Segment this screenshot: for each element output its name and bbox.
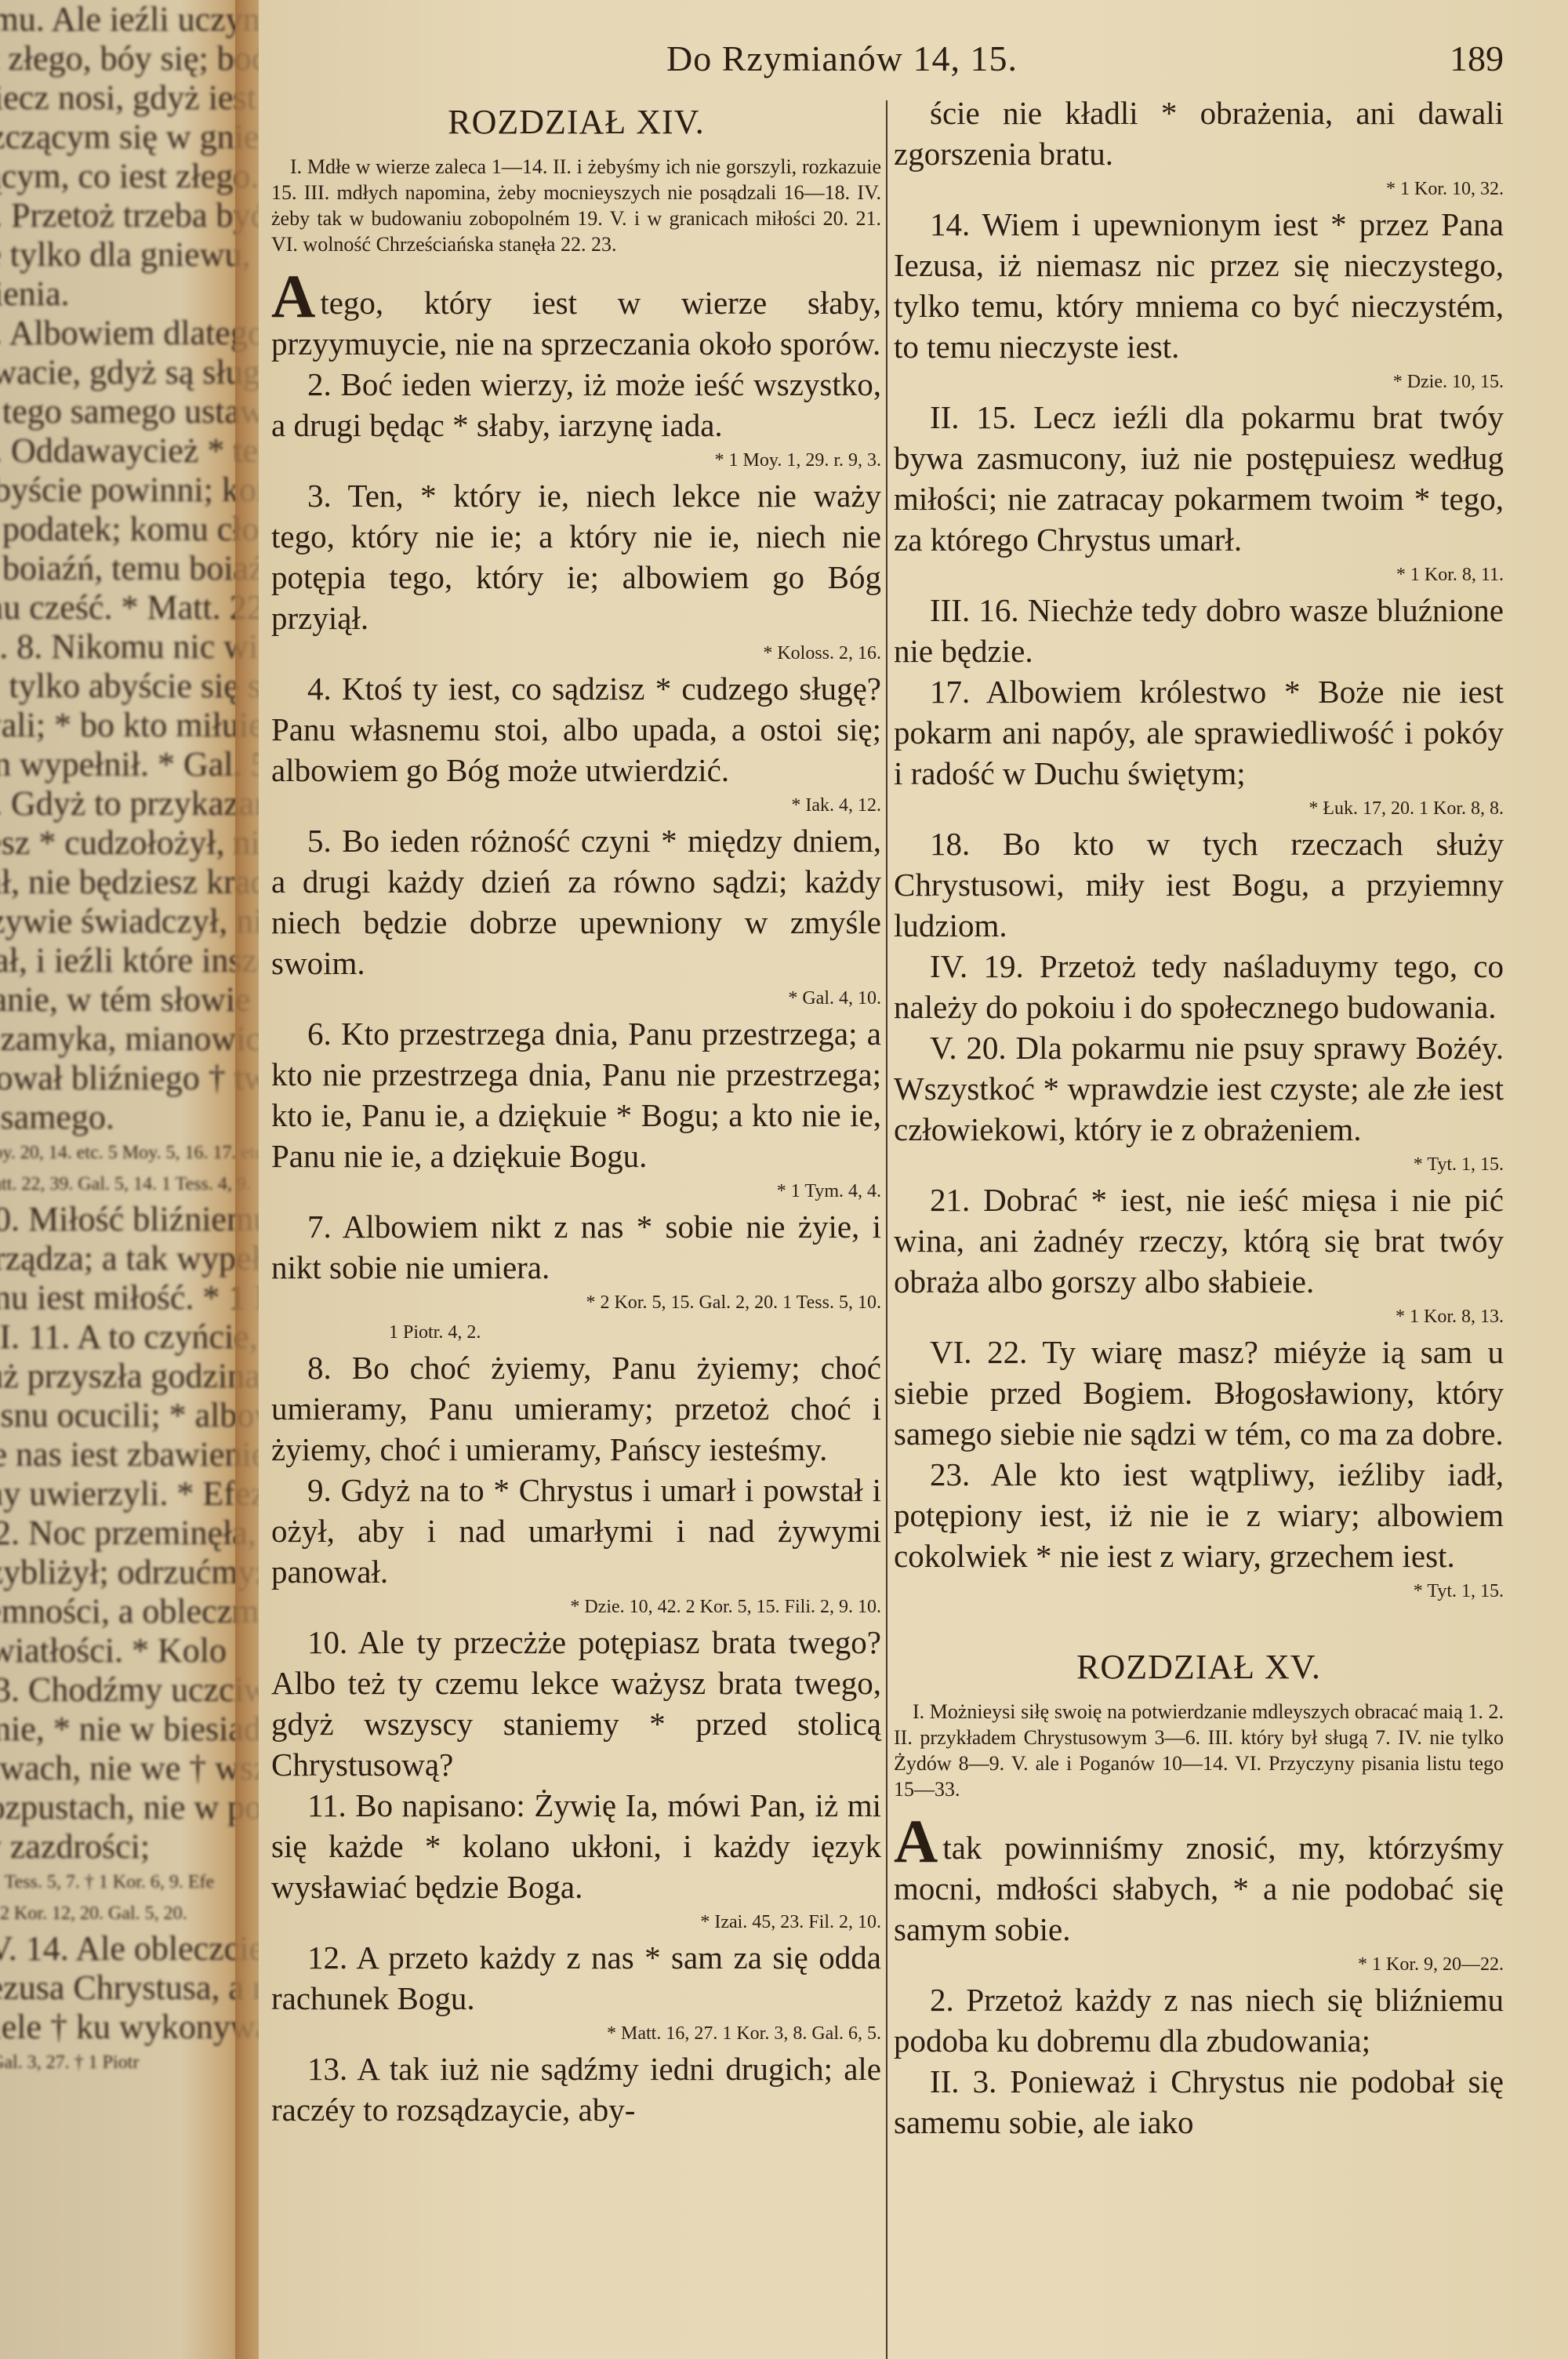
left-facing-page: emu. Ale ieźli uczynist złego, bóy się; … xyxy=(0,0,259,2359)
left-page-line: awacie, gdyż są sługami Boży xyxy=(0,353,235,392)
cross-reference: * 1 Kor. 8, 11. xyxy=(894,560,1504,590)
verse-text: IV. 19. Przetoż tedy naśladuymy tego, co… xyxy=(894,948,1504,1025)
left-page-line: e samego. xyxy=(0,1098,235,1137)
left-page-line: nienia. xyxy=(0,274,235,314)
left-page-line: dnie, * nie w biesiadach i w xyxy=(0,1710,235,1749)
running-title: Do Rzymianów 14, 15. xyxy=(666,38,1018,79)
verse-text: 2. Boć ieden wierzy, iż może ieść wszyst… xyxy=(271,366,881,443)
drop-cap: A xyxy=(271,262,315,330)
verse: II. 3. Ponieważ i Chrystus nie podobał s… xyxy=(894,2061,1504,2143)
verse: II. 15. Lecz ieźli dla pokarmu brat twóy… xyxy=(894,397,1504,560)
left-page-line: u boiaźń, temu boiaźń; komu xyxy=(0,549,235,588)
left-page-line: mu cześć. * Matt. 22, 21. M xyxy=(0,588,235,627)
cross-reference: 1 Piotr. 4, 2. xyxy=(271,1318,881,1347)
verse-text: 17. Albowiem królestwo * Boże nie iest p… xyxy=(894,674,1504,791)
verse: IV. 19. Przetoż tedy naśladuymy tego, co… xyxy=(894,946,1504,1027)
right-page: Do Rzymianów 14, 15. 189 ROZDZIAŁ XIV. I… xyxy=(259,0,1568,2359)
column-divider xyxy=(886,100,887,2359)
verse: V. 20. Dla pokarmu nie psuy sprawy Bożéy… xyxy=(894,1027,1504,1150)
verse: 4. Ktoś ty iest, co sądzisz * cudzego sł… xyxy=(271,668,881,791)
cross-reference: * Dzie. 10, 42. 2 Kor. 5, 15. Fili. 2, 9… xyxy=(271,1592,881,1622)
chapter-summary-15: I. Możnieysi siłę swoię na potwierdzanie… xyxy=(894,1699,1504,1802)
left-page-line: III. 11. A to czyńcie, wiedząc xyxy=(0,1318,235,1357)
left-page-line: 7. Oddawaycież * tedy ka xyxy=(0,431,235,471)
left-page-line: w zazdrości; xyxy=(0,1827,235,1866)
verse: 3. Ten, * który ie, niech lekce nie waży… xyxy=(271,475,881,638)
cross-reference: * Dzie. 10, 15. xyxy=(894,367,1504,397)
verse-text: VI. 22. Ty wiarę masz? miéyże ią sam u s… xyxy=(894,1334,1504,1452)
left-page-line: iłował bliźniego † twego, ia xyxy=(0,1059,235,1098)
left-page-line: u podatek; komu cło, temu c xyxy=(0,510,235,549)
right-column: ście nie kładli * obrażenia, ani dawali … xyxy=(894,93,1504,2143)
left-page-line: szywie świadczył, nie będzie xyxy=(0,902,235,941)
cross-reference: * 1 Moy. 1, 29. r. 9, 3. xyxy=(271,445,881,475)
left-page-text: emu. Ale ieźli uczynist złego, bóy się; … xyxy=(0,0,235,2078)
verse: 21. Dobrać * iest, nie ieść mięsa i nie … xyxy=(894,1179,1504,1302)
verse: 8. Bo choć żyiemy, Panu żyiemy; choć umi… xyxy=(271,1347,881,1470)
verse-text: 13. A tak iuż nie sądźmy iedni drugich; … xyxy=(271,2051,881,2128)
verse-text: tego, który iest w wierze słaby, przyymu… xyxy=(271,285,881,362)
left-page-line: e snu ocucili; * albowiem teraz xyxy=(0,1396,235,1435)
left-page-line: iemności, a obleczmy się w xyxy=(0,1592,235,1631)
verse-text: 23. Ale kto iest wątpliwy, ieźliby iadł,… xyxy=(894,1456,1504,1574)
left-page-line: * Gal. 3, 27. † 1 Piotr xyxy=(0,2047,235,2078)
verse-text: II. 15. Lecz ieźli dla pokarmu brat twóy… xyxy=(894,399,1504,558)
left-page-line: 12. Noc przeminęła, a dzień xyxy=(0,1514,235,1553)
left-page-line: 9. Gdyż to przykazanie: N xyxy=(0,784,235,823)
verse-text: 14. Wiem i upewnionym iest * przez Pana … xyxy=(894,206,1504,365)
verse-text: tak powinniśmy znosić, my, którzyśmy moc… xyxy=(894,1830,1504,1947)
verse-text: 6. Kto przestrzega dnia, Panu przestrzeg… xyxy=(271,1016,881,1174)
verse: 6. Kto przestrzega dnia, Panu przestrzeg… xyxy=(271,1013,881,1176)
left-column: ROZDZIAŁ XIV. I. Mdłe w wierze zaleca 1—… xyxy=(271,93,881,2130)
page-number: 189 xyxy=(1450,38,1504,79)
verse: Atego, który iest w wierze słaby, przyym… xyxy=(271,276,881,364)
left-page-line: niecz nosi, gdyż iest sługą B xyxy=(0,78,235,118)
verse-text: 10. Ale ty przecżże potępiasz brata tweg… xyxy=(271,1624,881,1783)
verse: III. 16. Niechże tedy dobro wasze bluźni… xyxy=(894,590,1504,671)
verse: 9. Gdyż na to * Chrystus i umarł i powst… xyxy=(271,1470,881,1592)
left-page-line: on wypełnił. * Gal. 5, 14. 1 T xyxy=(0,745,235,784)
left-page-line: dał, i ieźli które insze ies xyxy=(0,941,235,980)
cross-reference: * Tyt. 1, 15. xyxy=(894,1150,1504,1179)
cross-reference: * Koloss. 2, 16. xyxy=(271,638,881,668)
left-page-line: Iezusa Chrystusa, a nie czyńcie st xyxy=(0,1968,235,2008)
verse-text: 9. Gdyż na to * Chrystus i umarł i powst… xyxy=(271,1472,881,1590)
left-page-line: stwach, nie we † wszeteczeństw xyxy=(0,1749,235,1788)
left-page-line: ze nas iest zbawienie, aniż k xyxy=(0,1435,235,1474)
left-page-line: my uwierzyli. * Efez. 5, 14. † 1 Tes xyxy=(0,1474,235,1514)
cross-reference: * 1 Kor. 8, 13. xyxy=(894,1302,1504,1332)
left-page-line: szczącym się w gniewie nad xyxy=(0,118,235,157)
verse-text: 18. Bo kto w tych rzeczach służy Chrystu… xyxy=(894,826,1504,943)
verse: 23. Ale kto iest wątpliwy, ieźliby iadł,… xyxy=(894,1454,1504,1576)
verse-text: 4. Ktoś ty iest, co sądzisz * cudzego sł… xyxy=(271,671,881,788)
cross-reference: * 2 Kor. 5, 15. Gal. 2, 20. 1 Tess. 5, 1… xyxy=(271,1288,881,1318)
verse: 5. Bo ieden różność czyni * między dniem… xyxy=(271,820,881,983)
verse: VI. 22. Ty wiarę masz? miéyże ią sam u s… xyxy=(894,1332,1504,1454)
left-page-line: iesz * cudzołożył, nie będzie xyxy=(0,823,235,863)
verse: 17. Albowiem królestwo * Boże nie iest p… xyxy=(894,671,1504,794)
left-page-line: zanie, w tém słowie sum xyxy=(0,980,235,1020)
verse: 2. Boć ieden wierzy, iż może ieść wszyst… xyxy=(271,364,881,445)
verse-text: 21. Dobrać * iest, nie ieść mięsa i nie … xyxy=(894,1182,1504,1299)
cross-reference: * Gal. 4, 10. xyxy=(271,983,881,1013)
chapter-14-verses-left: Atego, który iest w wierze słaby, przyym… xyxy=(271,276,881,2130)
left-page-line: obyście powinni; komu poda xyxy=(0,471,235,510)
verse-text: 5. Bo ieden różność czyni * między dniem… xyxy=(271,823,881,981)
verse: 10. Ale ty przecżże potępiasz brata tweg… xyxy=(271,1622,881,1785)
verse-text: II. 3. Ponieważ i Chrystus nie podobał s… xyxy=(894,2063,1504,2140)
left-page-line: iał, nie będziesz kradł, nie bę xyxy=(0,863,235,902)
left-page-line: rzybliżył; odrzućmyż tedy * u xyxy=(0,1553,235,1592)
verse-text: V. 20. Dla pokarmu nie psuy sprawy Bożéy… xyxy=(894,1030,1504,1147)
verse-text: 11. Bo napisano: Żywię Ia, mówi Pan, iż … xyxy=(271,1787,881,1905)
verse: 7. Albowiem nikt z nas * sobie nie żyie,… xyxy=(271,1206,881,1288)
verse: 14. Wiem i upewnionym iest * przez Pana … xyxy=(894,204,1504,367)
cross-reference: * Łuk. 17, 20. 1 Kor. 8, 8. xyxy=(894,794,1504,823)
left-page-line: II. 8. Nikomu nic winni nie xyxy=(0,627,235,667)
left-page-line: ę zamyka, mianowicie: B xyxy=(0,1020,235,1059)
left-page-line: onu iest miłość. * 1 Ko xyxy=(0,1278,235,1318)
verse-text: III. 16. Niechże tedy dobro wasze bluźni… xyxy=(894,592,1504,669)
left-page-line: iącym, co iest złego. xyxy=(0,157,235,196)
left-page-line: Matt. 22, 39. Gal. 5, 14. 1 Tess. 4, 9. xyxy=(0,1169,235,1200)
chapter-15-verses: Atak powinniśmy znosić, my, którzyśmy mo… xyxy=(894,1821,1504,2143)
verse-text: 2. Przetoż każdy z nas niech się bliźnie… xyxy=(894,1982,1504,2059)
left-page-line: Moy. 20, 14. etc. 5 Moy. 5, 16. 17. etc.… xyxy=(0,1137,235,1169)
cross-reference: * Tyt. 1, 15. xyxy=(894,1576,1504,1606)
verse-text: 3. Ten, * który ie, niech lekce nie waży… xyxy=(271,478,881,636)
left-page-line: 10. Miłość bliźniemu * złe xyxy=(0,1200,235,1239)
left-page-line: 6. Albowiem dlatego też p xyxy=(0,314,235,353)
left-page-line: * 1 Tess. 5, 7. † 1 Kor. 6, 9. Efe xyxy=(0,1866,235,1898)
left-page-line: ie tylko dla gniewu, ale i d xyxy=(0,235,235,274)
verse: 2. Przetoż każdy z nas niech się bliźnie… xyxy=(894,1979,1504,2061)
left-page-line: ciele † ku wykonywaniu pożą xyxy=(0,2008,235,2047)
verse: 12. A przeto każdy z nas * sam za się od… xyxy=(271,1937,881,2019)
cross-reference: * Izai. 45, 23. Fil. 2, 10. xyxy=(271,1907,881,1937)
cross-reference: * Iak. 4, 12. xyxy=(271,791,881,820)
verse: 18. Bo kto w tych rzeczach służy Chrystu… xyxy=(894,823,1504,946)
left-page-line: światłości. * Kolo xyxy=(0,1631,235,1670)
left-page-line: y tego samego ustawicznie p xyxy=(0,392,235,431)
verse-text: 12. A przeto każdy z nas * sam za się od… xyxy=(271,1939,881,2016)
left-page-line: iuż przyszła godzina, abyśmy xyxy=(0,1357,235,1396)
verse: Atak powinniśmy znosić, my, którzyśmy mo… xyxy=(894,1821,1504,1950)
drop-cap: A xyxy=(894,1807,938,1875)
left-page-line: 13. Chodźmy uczciwie iak xyxy=(0,1670,235,1710)
left-page-line: emu. Ale ieźli uczyni xyxy=(0,0,235,39)
verse-text: ście nie kładli * obrażenia, ani dawali … xyxy=(894,95,1504,172)
chapter-14-verses-right: ście nie kładli * obrażenia, ani dawali … xyxy=(894,93,1504,1606)
chapter-summary-14: I. Mdłe w wierze zaleca 1—14. II. i żeby… xyxy=(271,154,881,257)
cross-reference: * 1 Tym. 4, 4. xyxy=(271,1176,881,1206)
cross-reference: * 1 Kor. 10, 32. xyxy=(894,174,1504,204)
left-page-line: 5. Przetoż trzeba być pod xyxy=(0,196,235,235)
left-page-line: st złego, bóy się; boć nie d xyxy=(0,39,235,78)
verse-text: 7. Albowiem nikt z nas * sobie nie żyie,… xyxy=(271,1209,881,1285)
verse: 11. Bo napisano: Żywię Ia, mówi Pan, iż … xyxy=(271,1785,881,1907)
left-page-line: ** 2 Kor. 12, 20. Gal. 5, 20. xyxy=(0,1898,235,1929)
left-page-line: wali; * bo kto miłuie bliźnieg xyxy=(0,706,235,745)
left-page-line: rozpustach, nie w poswarkach * xyxy=(0,1788,235,1827)
chapter-title-14: ROZDZIAŁ XIV. xyxy=(271,102,881,143)
left-page-line: e, tylko abyście się społeczn xyxy=(0,667,235,706)
left-page-line: IV. 14. Ale obleczcie się * w xyxy=(0,1929,235,1968)
verse-text: 8. Bo choć żyiemy, Panu żyiemy; choć umi… xyxy=(271,1350,881,1467)
verse: 13. A tak iuż nie sądźmy iedni drugich; … xyxy=(271,2048,881,2130)
cross-reference: * 1 Kor. 9, 20—22. xyxy=(894,1950,1504,1979)
cross-reference: * Matt. 16, 27. 1 Kor. 3, 8. Gal. 6, 5. xyxy=(271,2019,881,2048)
verse: ście nie kładli * obrażenia, ani dawali … xyxy=(894,93,1504,174)
chapter-title-15: ROZDZIAŁ XV. xyxy=(894,1647,1504,1688)
left-page-line: yrządza; a tak wypełnienie xyxy=(0,1239,235,1278)
